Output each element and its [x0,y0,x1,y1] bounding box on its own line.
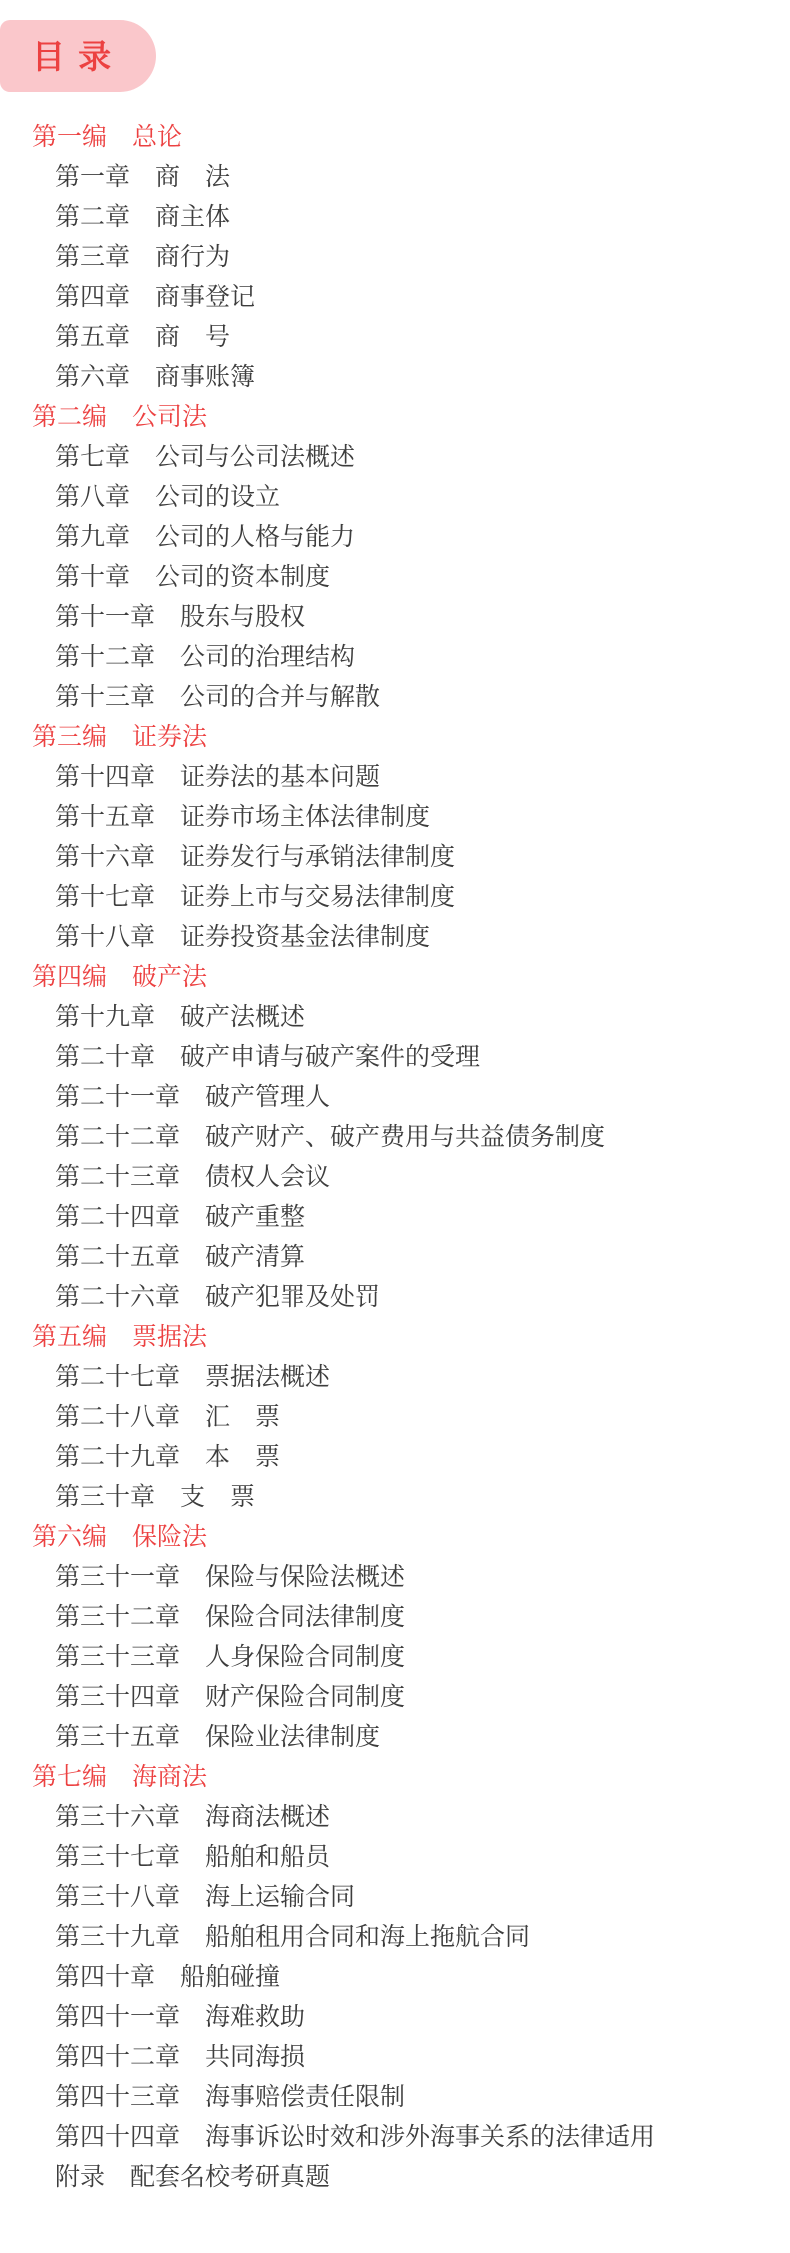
toc-chapter-row: 第十三章 公司的合并与解散 [0,677,790,717]
toc-chapter-row: 第十一章 股东与股权 [0,597,790,637]
toc-chapter-row: 第二十七章 票据法概述 [0,1357,790,1397]
toc-chapter-row: 第三十三章 人身保险合同制度 [0,1637,790,1677]
table-of-contents: 第一编 总论 第一章 商 法 第二章 商主体 第三章 商行为 第四章 商事登记 … [0,117,790,2197]
toc-badge: 目 录 [0,20,156,92]
toc-chapter-row: 第四十三章 海事赔偿责任限制 [0,2077,790,2117]
toc-chapter-row: 第三十四章 财产保险合同制度 [0,1677,790,1717]
toc-chapter-row: 第三十六章 海商法概述 [0,1797,790,1837]
toc-chapter-row: 第三十二章 保险合同法律制度 [0,1597,790,1637]
toc-chapter-row: 第二十五章 破产清算 [0,1237,790,1277]
page: { "theme": { "accent_red": "#ec4141", "b… [0,0,790,2253]
toc-chapter-row: 第四章 商事登记 [0,277,790,317]
toc-chapter-row: 第六章 商事账簿 [0,357,790,397]
toc-chapter-row: 第八章 公司的设立 [0,477,790,517]
toc-chapter-row: 第十四章 证券法的基本问题 [0,757,790,797]
toc-chapter-row: 第二章 商主体 [0,197,790,237]
toc-chapter-row: 第四十章 船舶碰撞 [0,1957,790,1997]
toc-chapter-row: 第三十五章 保险业法律制度 [0,1717,790,1757]
toc-part-row: 第四编 破产法 [0,957,790,997]
toc-chapter-row: 第三十七章 船舶和船员 [0,1837,790,1877]
toc-chapter-row: 第七章 公司与公司法概述 [0,437,790,477]
toc-chapter-row: 第九章 公司的人格与能力 [0,517,790,557]
toc-chapter-row: 第十七章 证券上市与交易法律制度 [0,877,790,917]
toc-chapter-row: 第五章 商 号 [0,317,790,357]
toc-chapter-row: 第一章 商 法 [0,157,790,197]
toc-chapter-row: 第三十一章 保险与保险法概述 [0,1557,790,1597]
toc-badge-label: 目 录 [32,40,113,73]
toc-chapter-row: 第十九章 破产法概述 [0,997,790,1037]
toc-part-row: 第五编 票据法 [0,1317,790,1357]
toc-chapter-row: 第三十章 支 票 [0,1477,790,1517]
toc-chapter-row: 第二十八章 汇 票 [0,1397,790,1437]
toc-chapter-row: 第三章 商行为 [0,237,790,277]
toc-chapter-row: 第二十四章 破产重整 [0,1197,790,1237]
toc-chapter-row: 第十二章 公司的治理结构 [0,637,790,677]
toc-chapter-row: 第四十二章 共同海损 [0,2037,790,2077]
toc-chapter-row: 第二十六章 破产犯罪及处罚 [0,1277,790,1317]
toc-chapter-row: 第三十八章 海上运输合同 [0,1877,790,1917]
toc-chapter-row: 第十五章 证券市场主体法律制度 [0,797,790,837]
toc-chapter-row: 第十六章 证券发行与承销法律制度 [0,837,790,877]
toc-part-row: 第六编 保险法 [0,1517,790,1557]
toc-part-row: 第一编 总论 [0,117,790,157]
toc-part-row: 第二编 公司法 [0,397,790,437]
toc-chapter-row: 第二十九章 本 票 [0,1437,790,1477]
toc-chapter-row: 第四十四章 海事诉讼时效和涉外海事关系的法律适用 [0,2117,790,2157]
toc-chapter-row: 第三十九章 船舶租用合同和海上拖航合同 [0,1917,790,1957]
toc-chapter-row: 第二十章 破产申请与破产案件的受理 [0,1037,790,1077]
toc-appendix-row: 附录 配套名校考研真题 [0,2157,790,2197]
toc-chapter-row: 第二十三章 债权人会议 [0,1157,790,1197]
toc-chapter-row: 第二十一章 破产管理人 [0,1077,790,1117]
toc-chapter-row: 第二十二章 破产财产、破产费用与共益债务制度 [0,1117,790,1157]
toc-chapter-row: 第四十一章 海难救助 [0,1997,790,2037]
toc-part-row: 第七编 海商法 [0,1757,790,1797]
toc-part-row: 第三编 证券法 [0,717,790,757]
toc-chapter-row: 第十八章 证券投资基金法律制度 [0,917,790,957]
toc-chapter-row: 第十章 公司的资本制度 [0,557,790,597]
